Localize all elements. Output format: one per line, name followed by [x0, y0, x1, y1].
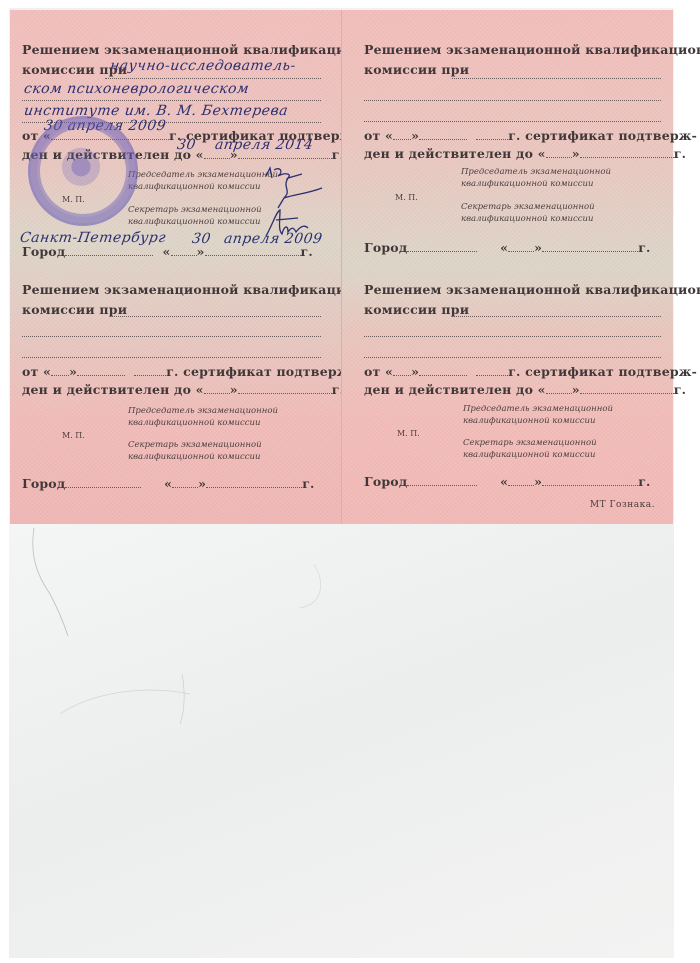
- commission-handwritten-1: научно-исследователь-: [109, 58, 297, 74]
- city-handwritten: Санкт-Петербург: [19, 230, 167, 246]
- secretary-label: Секретарь экзаменационнойквалификационно…: [463, 437, 597, 461]
- chairman-label: Председатель экзаменационнойквалификацио…: [461, 166, 611, 190]
- decision-heading: Решением экзаменационной квалификационно…: [22, 282, 321, 297]
- commission-label: комиссии при: [364, 302, 653, 317]
- official-stamp: [28, 116, 138, 226]
- renewal-entry-empty: Решением экзаменационной квалификационно…: [342, 38, 673, 288]
- chairman-label: Председатель экзаменационнойквалификацио…: [463, 403, 613, 427]
- issue-date-handwritten: апреля 2009: [223, 231, 324, 247]
- secretary-label: Секретарь экзаменационнойквалификационно…: [461, 201, 595, 225]
- decision-heading: Решением экзаменационной квалификационно…: [364, 42, 653, 57]
- valid-until-line: ден и действителен до «»г.: [364, 382, 653, 397]
- date-from-line: от «» г. сертификат подтверж-: [364, 128, 653, 143]
- commission-handwritten-2: ском психоневрологическом: [23, 81, 250, 97]
- left-page: Решением экзаменационной квалификационно…: [10, 10, 341, 524]
- issue-day-handwritten: 30: [191, 231, 212, 247]
- seal-placeholder: М. П.: [62, 431, 85, 440]
- renewal-entry-filled: Решением экзаменационной квалификационно…: [10, 38, 341, 288]
- date-from-line: от «» г. сертификат подтверж-: [22, 364, 321, 379]
- valid-until-line: ден и действителен до «»г.: [22, 382, 321, 397]
- city-line: Город «»г.: [22, 476, 321, 491]
- commission-label: комиссии при: [364, 62, 653, 77]
- decision-heading: Решением экзаменационной квалификационно…: [364, 282, 653, 297]
- right-page: Решением экзаменационной квалификационно…: [341, 10, 673, 524]
- scan-dust-fibers: [0, 524, 700, 963]
- seal-placeholder: М. П.: [395, 193, 418, 202]
- decision-heading: Решением экзаменационной квалификационно…: [22, 42, 321, 57]
- certificate-spread: Решением экзаменационной квалификационно…: [10, 10, 673, 524]
- printer-mark: МТ Гознака.: [590, 500, 655, 510]
- city-line: Город «»г.: [364, 474, 653, 489]
- valid-until-line: ден и действителен до «»г.: [364, 146, 653, 161]
- renewal-entry-empty: Решением экзаменационной квалификационно…: [342, 278, 673, 528]
- coat-of-arms-icon: [61, 147, 101, 191]
- chairman-label: Председатель экзаменационнойквалификацио…: [128, 169, 278, 193]
- city-line: Город «»г.: [364, 240, 653, 255]
- commission-label: комиссии при: [22, 302, 321, 317]
- chairman-label: Председатель экзаменационнойквалификацио…: [128, 405, 278, 429]
- seal-placeholder: М. П.: [397, 429, 420, 438]
- valid-until-day-handwritten: 30: [176, 137, 197, 153]
- secretary-label: Секретарь экзаменационнойквалификационно…: [128, 439, 262, 463]
- commission-handwritten-3: институте им. В. М. Бехтерева: [23, 103, 289, 119]
- date-from-line: от «» г. сертификат подтверж-: [364, 364, 653, 379]
- valid-until-date-handwritten: апреля 2014: [214, 137, 315, 153]
- secretary-label: Секретарь экзаменационнойквалификационно…: [128, 204, 262, 228]
- renewal-entry-empty: Решением экзаменационной квалификационно…: [10, 278, 341, 528]
